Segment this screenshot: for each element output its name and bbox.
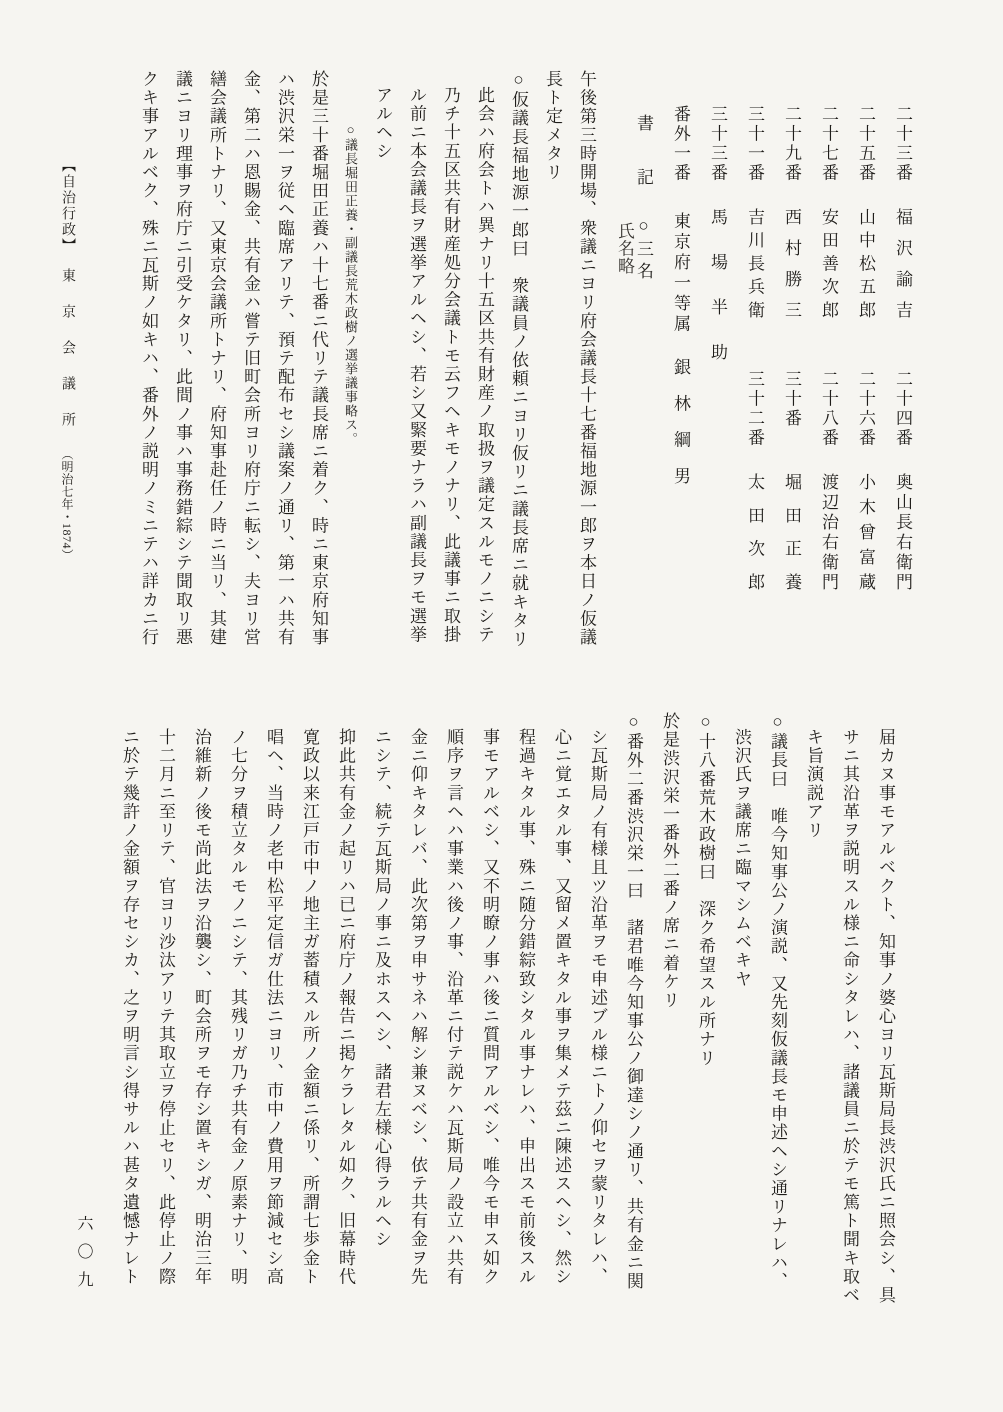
attendee-name: 太田次郎 (742, 473, 767, 590)
attendee-name: 西村勝三 (779, 208, 804, 318)
attendee-number: 番外一番 (668, 105, 693, 183)
minutes-line: シ瓦斯局ノ有様且ツ沿革ヲモ申述ブル様ニトノ仰セヲ蒙リタレハ、 (579, 712, 615, 1316)
minutes-line: ○仮議長福地源一郎曰 衆議員ノ依頼ニヨリ仮リニ議長席ニ就キタリ (501, 70, 535, 688)
minutes-line: ニシテ、続テ瓦斯局ノ事ニ及ホスヘシ、諸君左様心得ラルヘシ (363, 712, 399, 1316)
running-header: 【自治行政】東京会議所（明治七年・1874） (52, 158, 82, 658)
minutes-line: 順序ヲ言ヘハ事業ハ後ノ事、沿革ニ付テ説ケハ瓦斯局ノ設立ハ共有 (435, 712, 471, 1316)
minutes-line: 繕会議所トナリ、又東京会議所トナリ、府知事赴任ノ時ニ当リ、其建 (199, 70, 233, 688)
attendee-column: 三十三番馬場半助 (703, 70, 740, 688)
attendee-name: 堀田正養 (779, 473, 804, 590)
clerk-label: 書 (631, 114, 656, 131)
minutes-line: サニ其沿革ヲ説明スル様ニ命シタレハ、諸議員ニ於テモ篤ト聞キ取ベ (831, 712, 867, 1316)
attendee-number: 二十七番 (816, 105, 841, 183)
minutes-line: 心ニ覚エタル事、又留メ置キタル事ヲ集メテ茲ニ陳述スヘシ、然シ (543, 712, 579, 1316)
minutes-line: 十二月ニ至リテ、官ヨリ沙汰アリテ其取立ヲ停止セリ、此停止ノ際 (147, 712, 183, 1316)
minutes-line: 議ニヨリ理事ヲ府庁ニ引受ケタリ、此間ノ事ハ事務錯綜シテ聞取リ悪 (165, 70, 199, 688)
attendee-number: 三十二番 (742, 370, 767, 448)
attendee-name: 福沢諭吉 (890, 208, 915, 318)
minutes-line: 唱ヘ、当時ノ老中松平定信ガ仕法ニヨリ、市中ノ費用ヲ節減セシ高 (255, 712, 291, 1316)
minutes-bottom-block: 届カヌ事モアルベクト、知事ノ婆心ヨリ瓦斯局長渋沢氏ニ照会シ、具サニ其沿革ヲ説明ス… (111, 712, 903, 1316)
attendee-number: 二十三番 (890, 105, 915, 183)
minutes-line: 午後第三時開場、衆議ニヨリ府会議長十七番福地源一郎ヲ本日ノ仮議 (569, 70, 603, 688)
attendee-column: 二十五番山中松五郎二十六番小木曾富蔵 (851, 70, 888, 688)
minutes-line: 金ニ仰キタレバ、此次第ヲ申サネハ解シ兼ヌベシ、依テ共有金ヲ先 (399, 712, 435, 1316)
attendee-org: 東京府一等属 (668, 212, 693, 335)
minutes-line: ○番外二番渋沢栄一曰 諸君唯今知事公ノ御達シノ通リ、共有金ニ関 (615, 712, 651, 1316)
attendee-name: 安田善次郎 (816, 208, 841, 318)
minutes-top-block: 二十三番福沢諭吉二十四番奥山長右衛門二十五番山中松五郎二十六番小木曾富蔵二十七番… (131, 70, 925, 688)
attendee-name: 渡辺治右衛門 (816, 473, 841, 590)
page-number: 六〇九 (72, 1215, 95, 1299)
attendee-name: 山中松五郎 (853, 208, 878, 318)
extra-attendee-column: 番外一番 東京府一等属 銀林綱男 (666, 70, 703, 688)
attendee-number: 三十三番 (705, 105, 730, 183)
attendee-column: 三十一番吉川長兵衛三十二番太田次郎 (740, 70, 777, 688)
attendee-number: 二十六番 (853, 370, 878, 448)
attendee-number: 二十五番 (853, 105, 878, 183)
minutes-line: 長ト定メタリ (535, 70, 569, 688)
attendee-number: 二十八番 (816, 370, 841, 448)
attendee-name: 小木曾富蔵 (853, 473, 878, 590)
minutes-line: ニ於テ幾許ノ金額ヲ存セシカ、之ヲ明言シ得サルハ甚タ遺憾ナレト (111, 712, 147, 1316)
attendee-name: 馬場半助 (705, 208, 730, 360)
clerk-note: 氏名略 (612, 222, 637, 275)
attendee-column: 二十九番西村勝三三十番堀田正養 (777, 70, 814, 688)
minutes-line: 届カヌ事モアルベクト、知事ノ婆心ヨリ瓦斯局長渋沢氏ニ照会シ、具 (867, 712, 903, 1316)
attendee-name: 銀林綱男 (668, 358, 693, 484)
minutes-line: 渋沢氏ヲ議席ニ臨マシムベキヤ (723, 712, 759, 1316)
minutes-line: キ旨演説アリ (795, 712, 831, 1316)
running-header-era: （明治七年・1874） (60, 448, 74, 562)
clerk-column: 書 記 ○三名 氏名略 (629, 70, 666, 688)
running-header-section: 【自治行政】 (60, 158, 75, 254)
attendee-number: 三十一番 (742, 105, 767, 183)
minutes-line: 乃チ十五区共有財産処分会議トモ云フヘキモノナリ、此議事ニ取掛 (433, 70, 467, 688)
minutes-line: 此会ハ府会トハ異ナリ十五区共有財産ノ取扱ヲ議定スルモノニシテ (467, 70, 501, 688)
attendee-number: 二十四番 (890, 370, 915, 448)
minutes-line: ○議長曰 唯今知事公ノ演説、又先刻仮議長モ申述ヘシ通リナレハ、 (759, 712, 795, 1316)
minutes-line: 抑此共有金ノ起リハ已ニ府庁ノ報告ニ掲ケラレタル如ク、旧幕時代 (327, 712, 363, 1316)
minutes-line: アルヘシ (365, 70, 399, 688)
minutes-line: 治維新ノ後モ尚此法ヲ沿襲シ、町会所ヲモ存シ置キシガ、明治三年 (183, 712, 219, 1316)
clerk-label: 記 (631, 168, 656, 185)
minutes-line: 於是渋沢栄一番外二番ノ席ニ着ケリ (651, 712, 687, 1316)
attendee-number: 二十九番 (779, 105, 804, 183)
minutes-line: ル前ニ本会議長ヲ選挙アルヘシ、若シ又緊要ナラハ副議長ヲモ選挙 (399, 70, 433, 688)
attendee-name: 奥山長右衛門 (890, 473, 915, 590)
minutes-line: 於是三十番堀田正養ハ十七番ニ代リテ議長席ニ着ク、時ニ東京府知事 (301, 70, 335, 688)
minutes-line: ○議長堀田正養・副議長荒木政樹ノ選挙議事略ス。 (335, 70, 365, 688)
attendee-column: 二十七番安田善次郎二十八番渡辺治右衛門 (814, 70, 851, 688)
minutes-line: 金、第二ハ恩賜金、共有金ハ嘗テ旧町会所ヨリ府庁ニ転シ、夫ヨリ営 (233, 70, 267, 688)
minutes-line: ○十八番荒木政樹曰 深ク希望スル所ナリ (687, 712, 723, 1316)
minutes-line: クキ事アルベク、殊ニ瓦斯ノ如キハ、番外ノ説明ノミニテハ詳カニ行 (131, 70, 165, 688)
attendee-column: 二十三番福沢諭吉二十四番奥山長右衛門 (888, 70, 925, 688)
attendee-number: 三十番 (779, 370, 804, 429)
minutes-line: 事モアルベシ、又不明瞭ノ事ハ後ニ質問アルベシ、唯今モ申ス如ク (471, 712, 507, 1316)
attendee-name: 吉川長兵衛 (742, 208, 767, 318)
minutes-line: ノ七分ヲ積立タルモノニシテ、其残リガ乃チ共有金ノ原素ナリ、明 (219, 712, 255, 1316)
document-page: 【自治行政】東京会議所（明治七年・1874） 二十三番福沢諭吉二十四番奥山長右衛… (0, 0, 1003, 1412)
minutes-line: 寛政以来江戸市中ノ地主ガ蓄積スル所ノ金額ニ係リ、所謂七歩金ト (291, 712, 327, 1316)
minutes-line: ハ渋沢栄一ヲ従ヘ臨席アリテ、預テ配布セシ議案ノ通リ、第一ハ共有 (267, 70, 301, 688)
running-header-title: 東京会議所 (60, 268, 75, 448)
minutes-line: 程過キタル事、殊ニ随分錯綜致シタル事ナレハ、申出スモ前後スル (507, 712, 543, 1316)
